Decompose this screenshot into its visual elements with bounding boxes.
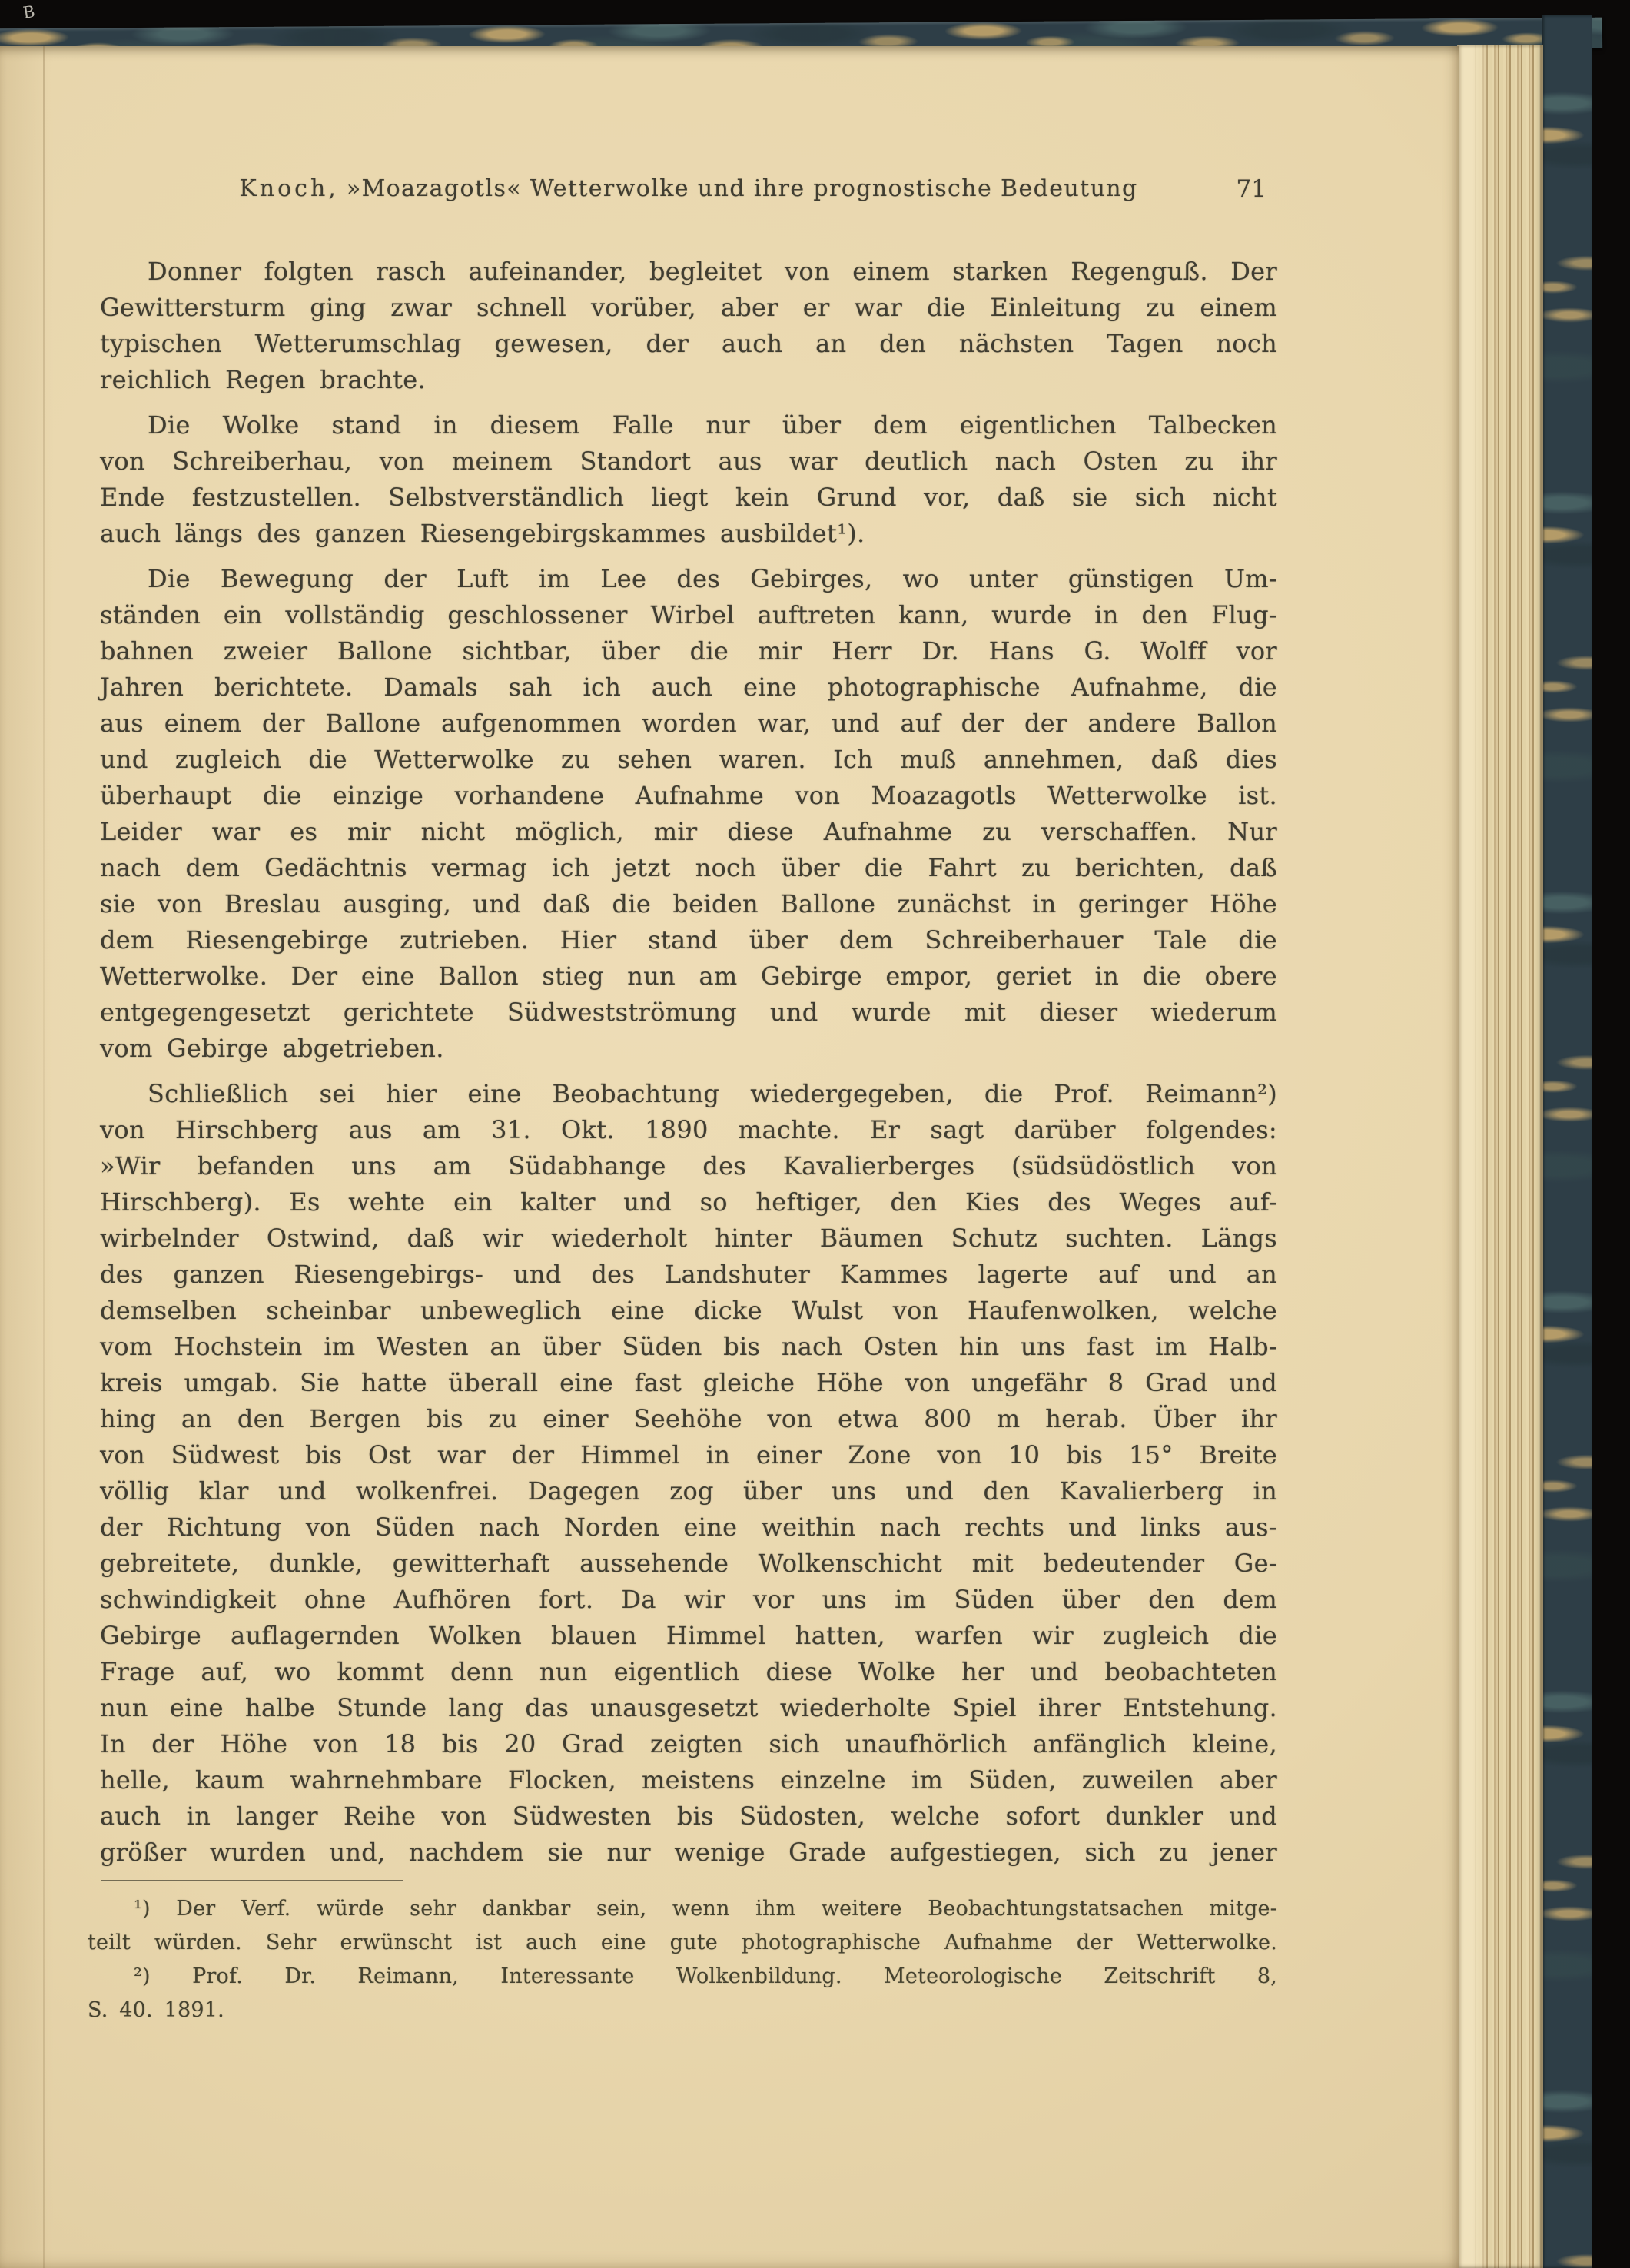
text-line: reichlich Regen brachte.: [100, 362, 1277, 398]
text-line: Die Wolke stand in diesem Falle nur über…: [100, 407, 1277, 443]
text-line: S. 40. 1891.: [88, 1994, 1277, 2027]
running-title: Knoch,»Moazagotls« Wetterwolke und ihre …: [100, 175, 1277, 202]
text-line: vom Gebirge abgetrieben.: [100, 1031, 1277, 1067]
text-line: bahnen zweier Ballone sichtbar, über die…: [100, 633, 1277, 669]
text-line: auch in langer Reihe von Südwesten bis S…: [100, 1798, 1277, 1835]
page-number: 71: [1237, 175, 1266, 203]
body-text: Donner folgten rasch aufeinander, beglei…: [100, 254, 1277, 1880]
footnotes: ¹) Der Verf. würde sehr dankbar sein, we…: [88, 1892, 1277, 2027]
text-line: typischen Wetterumschlag gewesen, der au…: [100, 326, 1277, 362]
text-line: Schließlich sei hier eine Beobachtung wi…: [100, 1076, 1277, 1112]
text-line: gebreitete, dunkle, gewitterhaft aussehe…: [100, 1546, 1277, 1582]
text-line: auch längs des ganzen Riesengebirgskamme…: [100, 516, 1277, 552]
text-line: und zugleich die Wetterwolke zu sehen wa…: [100, 742, 1277, 778]
running-title-text: »Moazagotls« Wetterwolke und ihre progno…: [347, 175, 1138, 202]
text-line: ständen ein vollständig geschlossener Wi…: [100, 597, 1277, 633]
text-line: sie von Breslau ausging, und daß die bei…: [100, 886, 1277, 922]
text-line: völlig klar und wolkenfrei. Dagegen zog …: [100, 1473, 1277, 1509]
book-page: Knoch,»Moazagotls« Wetterwolke und ihre …: [0, 46, 1459, 2268]
text-line: des ganzen Riesengebirgs- und des Landsh…: [100, 1257, 1277, 1293]
text-line: Jahren berichtete. Damals sah ich auch e…: [100, 669, 1277, 706]
text-line: Frage auf, wo kommt denn nun eigentlich …: [100, 1654, 1277, 1690]
text-line: kreis umgab. Sie hatte überall eine fast…: [100, 1365, 1277, 1401]
footnote-rule: [101, 1880, 403, 1881]
page-fore-edge-stack: [1457, 45, 1543, 2268]
text-line: von Südwest bis Ost war der Himmel in ei…: [100, 1437, 1277, 1473]
page-crease: [43, 46, 45, 2268]
running-title-author: Knoch,: [239, 175, 338, 202]
text-line: hing an den Bergen bis zu einer Seehöhe …: [100, 1401, 1277, 1437]
text-line: Gewittersturm ging zwar schnell vorüber,…: [100, 290, 1277, 326]
text-line: entgegengesetzt gerichtete Südwestströmu…: [100, 995, 1277, 1031]
text-line: teilt würden. Sehr erwünscht ist auch ei…: [88, 1926, 1277, 1960]
text-line: In der Höhe von 18 bis 20 Grad zeigten s…: [100, 1726, 1277, 1762]
text-line: Leider war es mir nicht möglich, mir die…: [100, 814, 1277, 850]
text-line: helle, kaum wahrnehmbare Flocken, meiste…: [100, 1762, 1277, 1798]
paragraph: Donner folgten rasch aufeinander, beglei…: [100, 254, 1277, 398]
text-line: von Schreiberhau, von meinem Standort au…: [100, 443, 1277, 480]
scan-background: B Knoch,»Moazagotls« Wetterwolke und ihr…: [0, 0, 1630, 2268]
text-line: Hirschberg). Es wehte ein kalter und so …: [100, 1184, 1277, 1220]
text-line: Ende festzustellen. Selbstverständlich l…: [100, 480, 1277, 516]
text-line: von Hirschberg aus am 31. Okt. 1890 mach…: [100, 1112, 1277, 1148]
page-header: Knoch,»Moazagotls« Wetterwolke und ihre …: [100, 175, 1277, 206]
text-line: schwindigkeit ohne Aufhören fort. Da wir…: [100, 1582, 1277, 1618]
text-line: Wetterwolke. Der eine Ballon stieg nun a…: [100, 958, 1277, 995]
text-line: Gebirge auflagernden Wolken blauen Himme…: [100, 1618, 1277, 1654]
text-line: Die Bewegung der Luft im Lee des Gebirge…: [100, 561, 1277, 597]
paragraph: Die Wolke stand in diesem Falle nur über…: [100, 407, 1277, 552]
text-line: der Richtung von Süden nach Norden eine …: [100, 1509, 1277, 1546]
edge-mark: B: [22, 2, 36, 22]
text-line: demselben scheinbar unbeweglich eine dic…: [100, 1293, 1277, 1329]
text-line: »Wir befanden uns am Südabhange des Kava…: [100, 1148, 1277, 1184]
text-line: nun eine halbe Stunde lang das unausgese…: [100, 1690, 1277, 1726]
text-line: wirbelnder Ostwind, daß wir wiederholt h…: [100, 1220, 1277, 1257]
text-line: überhaupt die einzige vorhandene Aufnahm…: [100, 778, 1277, 814]
text-line: nach dem Gedächtnis vermag ich jetzt noc…: [100, 850, 1277, 886]
text-line: aus einem der Ballone aufgenommen worden…: [100, 706, 1277, 742]
paragraph: Schließlich sei hier eine Beobachtung wi…: [100, 1076, 1277, 1871]
text-line: vom Hochstein im Westen an über Süden bi…: [100, 1329, 1277, 1365]
text-line: ²) Prof. Dr. Reimann, Interessante Wolke…: [88, 1960, 1277, 1994]
text-line: ¹) Der Verf. würde sehr dankbar sein, we…: [88, 1892, 1277, 1926]
book-cover-right-edge: [1542, 15, 1592, 2268]
paragraph: Die Bewegung der Luft im Lee des Gebirge…: [100, 561, 1277, 1067]
text-line: dem Riesengebirge zutrieben. Hier stand …: [100, 922, 1277, 958]
text-line: Donner folgten rasch aufeinander, beglei…: [100, 254, 1277, 290]
text-line: größer wurden und, nachdem sie nur wenig…: [100, 1835, 1277, 1871]
